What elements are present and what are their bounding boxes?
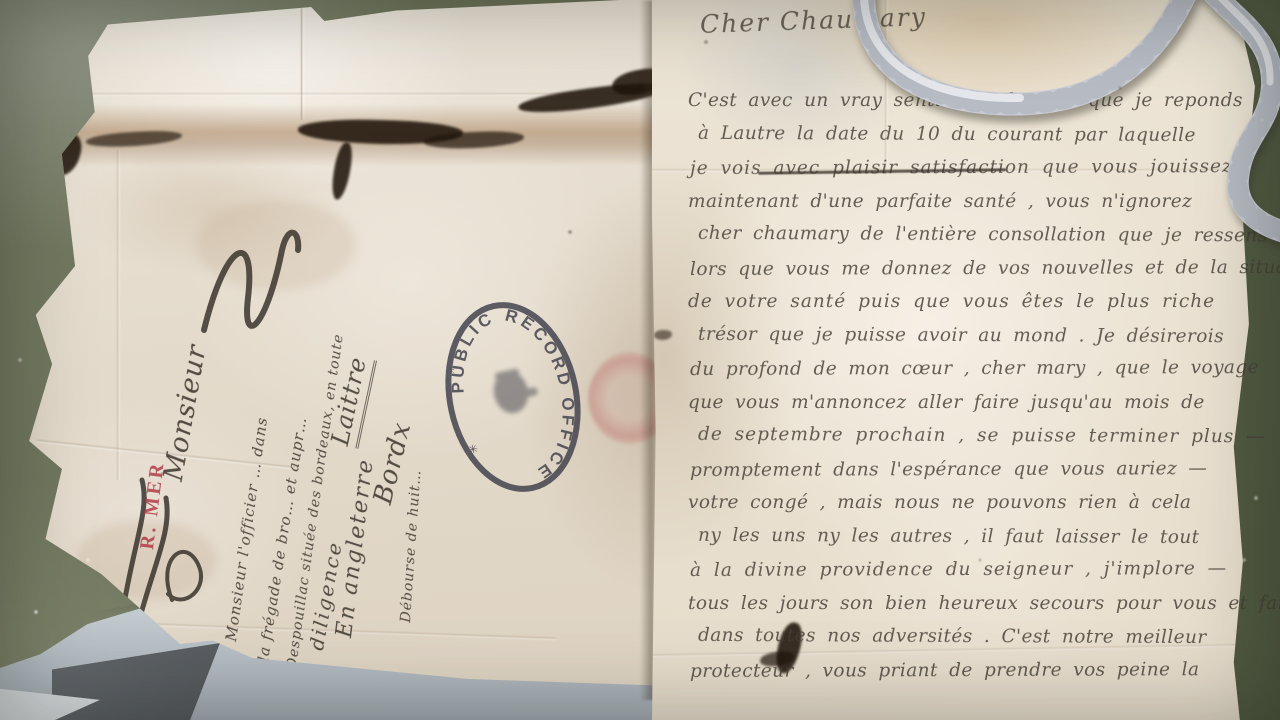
handwriting-line: tous les jours son bien heureux secours … xyxy=(688,587,1248,621)
handwriting-line: de septembre prochain , se puisse termin… xyxy=(698,418,1248,454)
handwriting-line: dans toutes nos adversités . C'est notre… xyxy=(698,619,1248,655)
handwriting-line: que vous m'annoncez aller faire jusqu'au… xyxy=(688,386,1248,420)
public-record-office-stamp: PUBLIC RECORD OFFICE ✳ ✳ xyxy=(408,252,618,542)
crown-emblem xyxy=(490,365,541,416)
handwriting-line: ny les uns ny les autres , il faut laiss… xyxy=(698,518,1248,554)
braided-cord xyxy=(640,0,1280,282)
handwriting-line: du profond de mon cœur , cher mary , que… xyxy=(690,351,1248,386)
handwriting-line: trésor que je puisse avoir au mond . Je … xyxy=(698,317,1248,353)
tear-hole xyxy=(45,129,85,179)
ink-flourish-monogram xyxy=(76,180,356,660)
handwriting-line: promptement dans l'espérance que vous au… xyxy=(690,452,1248,487)
handwriting-line: à la divine providence du seigneur , j'i… xyxy=(690,552,1248,587)
handwriting-line: de votre santé puis que vous êtes le plu… xyxy=(688,285,1248,319)
handwriting-line: protecteur , vous priant de prendre vos … xyxy=(690,653,1248,688)
stamp-star-icon: ✳ xyxy=(467,442,480,458)
folded-letter-address-side: Monsieur Monsieur l'officier … dans la f… xyxy=(16,0,672,700)
handwriting-line: votre congé , mais nous ne pouvons rien … xyxy=(688,486,1248,520)
tear-mark xyxy=(654,330,672,340)
photo-old-folded-letter: Monsieur Monsieur l'officier … dans la f… xyxy=(0,0,1280,720)
fold-crease xyxy=(300,0,305,120)
